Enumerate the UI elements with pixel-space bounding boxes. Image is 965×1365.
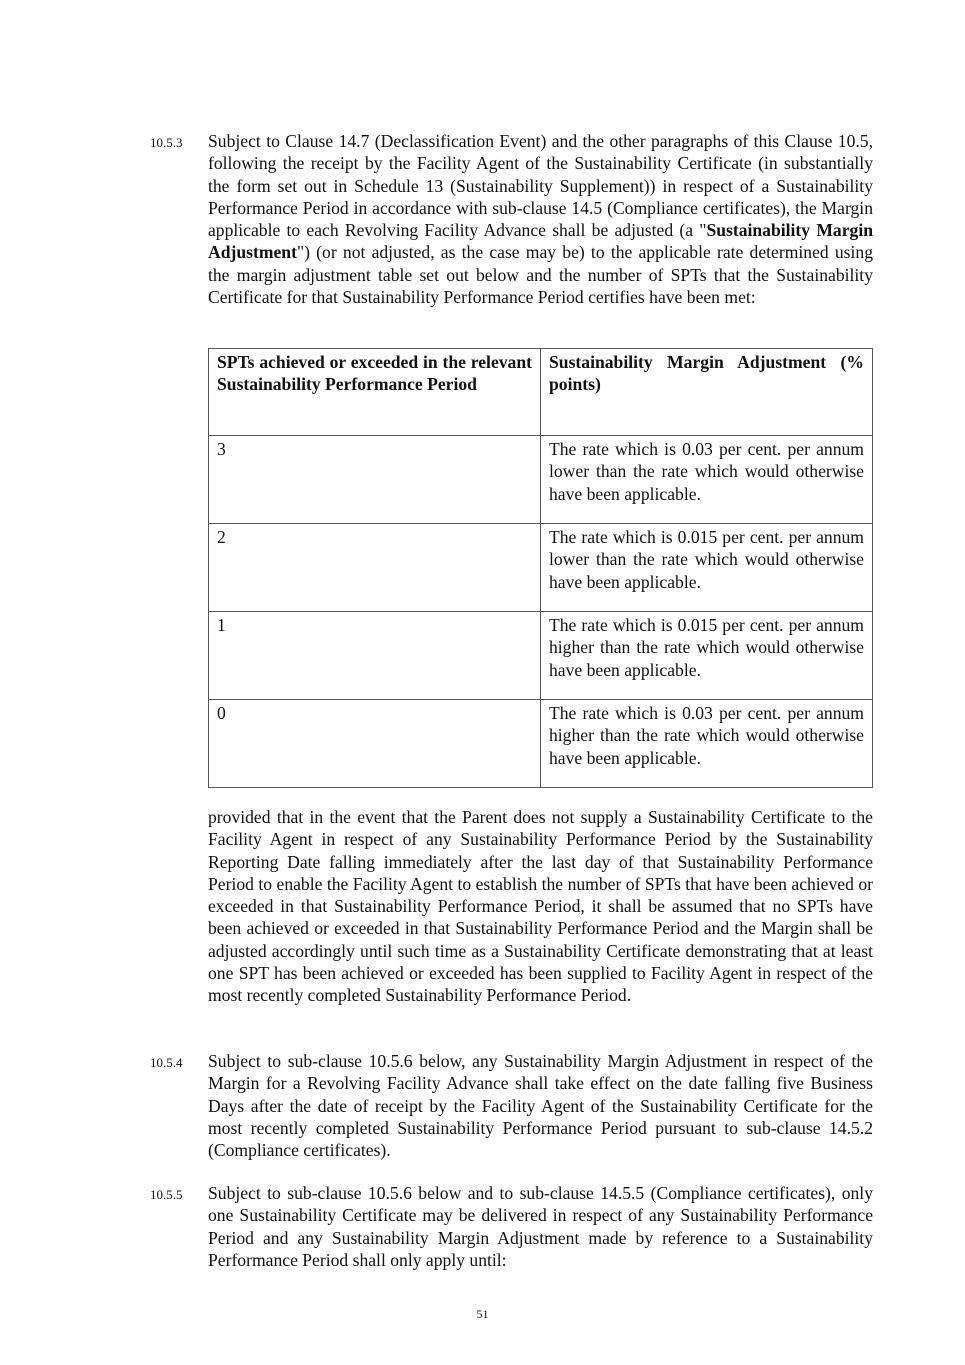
clause-text-part: ") (or not adjusted, as the case may be)…: [208, 242, 873, 307]
clause-number: 10.5.3: [150, 132, 183, 154]
margin-adjustment-table: SPTs achieved or exceeded in the relevan…: [208, 348, 873, 788]
table-row: 3 The rate which is 0.03 per cent. per a…: [209, 436, 873, 524]
table-row: 2 The rate which is 0.015 per cent. per …: [209, 524, 873, 612]
clause-10-5-4: 10.5.4 Subject to sub-clause 10.5.6 belo…: [150, 1050, 875, 1161]
page-number: 51: [0, 1307, 965, 1322]
cell-spts: 1: [209, 612, 541, 700]
cell-spts: 2: [209, 524, 541, 612]
clause-text: Subject to sub-clause 10.5.6 below and t…: [208, 1182, 873, 1271]
header-adjustment: Sustainability Margin Adjustment (% poin…: [541, 349, 873, 436]
table-header-row: SPTs achieved or exceeded in the relevan…: [209, 349, 873, 436]
clause-10-5-5: 10.5.5 Subject to sub-clause 10.5.6 belo…: [150, 1182, 875, 1271]
proviso-paragraph: provided that in the event that the Pare…: [208, 806, 873, 1007]
cell-adjustment: The rate which is 0.015 per cent. per an…: [541, 612, 873, 700]
cell-adjustment: The rate which is 0.03 per cent. per ann…: [541, 436, 873, 524]
clause-text: Subject to Clause 14.7 (Declassification…: [208, 130, 873, 308]
table-row: 1 The rate which is 0.015 per cent. per …: [209, 612, 873, 700]
cell-adjustment: The rate which is 0.015 per cent. per an…: [541, 524, 873, 612]
cell-spts: 0: [209, 700, 541, 788]
table-row: 0 The rate which is 0.03 per cent. per a…: [209, 700, 873, 788]
cell-adjustment: The rate which is 0.03 per cent. per ann…: [541, 700, 873, 788]
clause-text: Subject to sub-clause 10.5.6 below, any …: [208, 1050, 873, 1161]
header-spts: SPTs achieved or exceeded in the relevan…: [209, 349, 541, 436]
clause-10-5-3: 10.5.3 Subject to Clause 14.7 (Declassif…: [150, 130, 875, 308]
clause-number: 10.5.5: [150, 1184, 183, 1206]
clause-number: 10.5.4: [150, 1052, 183, 1074]
cell-spts: 3: [209, 436, 541, 524]
